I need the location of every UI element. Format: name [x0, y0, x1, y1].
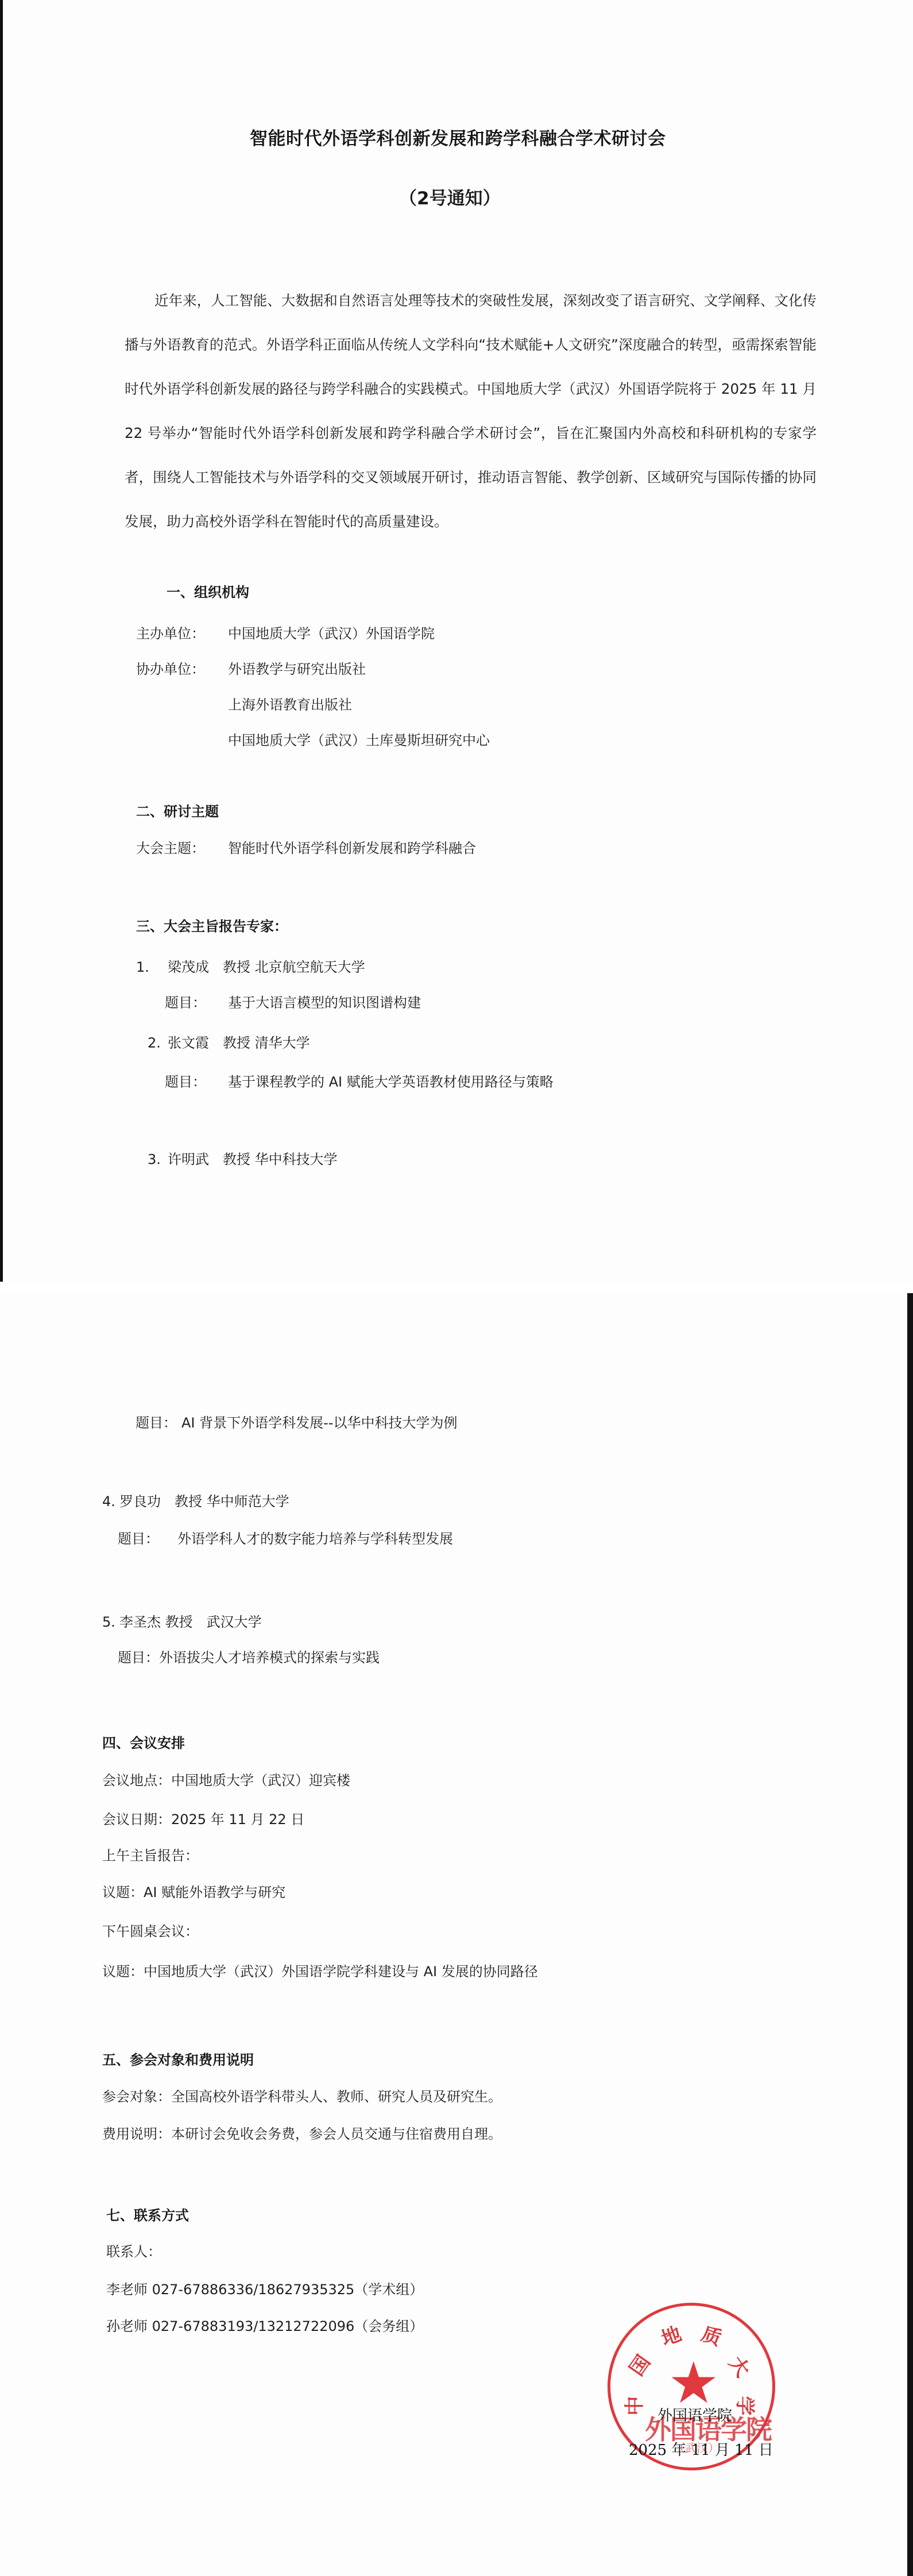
- star-icon: ★: [668, 2354, 719, 2412]
- seal-char: 国: [621, 2349, 656, 2381]
- seal-char: 质: [698, 2318, 726, 2352]
- theme-label: 大会主题：: [136, 837, 228, 857]
- signature-department: 外国语学院: [657, 2404, 732, 2425]
- topic-value: AI 背景下外语学科发展--以华中科技大学为例: [181, 1415, 457, 1431]
- speaker-number: 2.: [148, 1035, 168, 1051]
- co-organizer-1: 外语教学与研究出版社: [228, 661, 366, 677]
- morning-topic: 议题：AI 赋能外语教学与研究: [102, 1881, 285, 1901]
- co-organizer-row: 协办单位：外语教学与研究出版社: [136, 658, 366, 678]
- section-participants-heading: 五、参会对象和费用说明: [102, 2049, 254, 2069]
- morning-label: 上午主旨报告：: [102, 1844, 199, 1864]
- seal-char: 大: [724, 2350, 758, 2382]
- venue: 会议地点：中国地质大学（武汉）迎宾楼: [102, 1769, 350, 1789]
- topic-label: 题目：: [165, 991, 228, 1011]
- seal-char: 地: [657, 2318, 685, 2352]
- meeting-date: 会议日期：2025 年 11 月 22 日: [102, 1808, 304, 1828]
- contact-person-1: 李老师 027-67886336/18627935325（学术组）: [106, 2278, 423, 2298]
- afternoon-topic: 议题：中国地质大学（武汉）外国语学院学科建设与 AI 发展的协同路径: [102, 1960, 538, 1980]
- co-organizer-2: 上海外语教育出版社: [228, 693, 352, 713]
- speaker-number: 5.: [102, 1614, 119, 1630]
- section-organization-heading: 一、组织机构: [167, 581, 249, 601]
- speaker-line: 李圣杰 教授 武汉大学: [119, 1614, 262, 1630]
- contact-person-2: 孙老师 027-67883193/13212722096（会务组）: [106, 2315, 423, 2335]
- co-organizer-label: 协办单位：: [136, 658, 228, 678]
- section-arrangement-heading: 四、会议安排: [102, 1732, 185, 1752]
- topic-label: 题目：: [118, 1650, 159, 1666]
- speaker-line: 梁茂成 教授 北京航空航天大学: [168, 959, 365, 975]
- topic-value: 外语学科人才的数字能力培养与学科转型发展: [177, 1531, 453, 1547]
- co-organizer-3: 中国地质大学（武汉）土库曼斯坦研究中心: [228, 729, 490, 749]
- host-value: 中国地质大学（武汉）外国语学院: [228, 626, 435, 642]
- speaker-4: 4.罗良功 教授 华中师范大学: [102, 1490, 289, 1510]
- speaker-3: 3.许明武 教授 华中科技大学: [148, 1148, 338, 1168]
- speaker-number: 3.: [148, 1151, 168, 1167]
- speaker-number: 4.: [102, 1493, 119, 1510]
- section-keynotes-heading: 三、大会主旨报告专家：: [136, 915, 288, 935]
- topic-value: 外语拔尖人才培养模式的探索与实践: [159, 1650, 380, 1666]
- topic-label: 题目：: [136, 1411, 181, 1431]
- fees: 费用说明：本研讨会免收会务费，参会人员交通与住宿费用自理。: [102, 2123, 502, 2143]
- speaker-line: 许明武 教授 华中科技大学: [168, 1151, 338, 1167]
- host-label: 主办单位：: [136, 622, 228, 642]
- intro-paragraph: 近年来，人工智能、大数据和自然语言处理等技术的突破性发展，深刻改变了语言研究、文…: [125, 278, 817, 544]
- document-title: 智能时代外语学科创新发展和跨学科融合学术研讨会: [250, 124, 666, 150]
- page-1: 智能时代外语学科创新发展和跨学科融合学术研讨会 （2号通知） 近年来，人工智能、…: [0, 0, 913, 1282]
- contact-label: 联系人：: [106, 2240, 161, 2260]
- speaker-5-topic: 题目：外语拔尖人才培养模式的探索与实践: [118, 1646, 380, 1666]
- speaker-number: 1.: [136, 959, 168, 975]
- signature-date: 2025 年 11 月 11 日: [629, 2438, 773, 2459]
- theme-value: 智能时代外语学科创新发展和跨学科融合: [228, 840, 476, 856]
- document-subtitle: （2号通知）: [399, 184, 501, 210]
- speaker-2: 2.张文霞 教授 清华大学: [148, 1031, 310, 1052]
- speaker-2-topic: 题目：基于课程教学的 AI 赋能大学英语教材使用路径与策略: [165, 1070, 554, 1091]
- topic-label: 题目：: [165, 1070, 228, 1091]
- speaker-line: 张文霞 教授 清华大学: [168, 1035, 310, 1051]
- speaker-3-topic: 题目：AI 背景下外语学科发展--以华中科技大学为例: [136, 1411, 457, 1431]
- seal-char: 中: [619, 2396, 647, 2416]
- section-contact-heading: 七、联系方式: [106, 2204, 189, 2224]
- afternoon-label: 下午圆桌会议：: [102, 1920, 199, 1940]
- theme-row: 大会主题：智能时代外语学科创新发展和跨学科融合: [136, 837, 476, 857]
- speaker-line: 罗良功 教授 华中师范大学: [119, 1493, 289, 1510]
- host-row: 主办单位：中国地质大学（武汉）外国语学院: [136, 622, 435, 642]
- topic-value: 基于课程教学的 AI 赋能大学英语教材使用路径与策略: [228, 1074, 554, 1090]
- audience: 参会对象：全国高校外语学科带头人、教师、研究人员及研究生。: [102, 2085, 502, 2105]
- topic-label: 题目：: [118, 1527, 177, 1547]
- page-2: 题目：AI 背景下外语学科发展--以华中科技大学为例 4.罗良功 教授 华中师范…: [0, 1293, 913, 2576]
- section-theme-heading: 二、研讨主题: [136, 800, 219, 820]
- speaker-1-topic: 题目：基于大语言模型的知识图谱构建: [165, 991, 421, 1011]
- speaker-1: 1.梁茂成 教授 北京航空航天大学: [136, 956, 365, 976]
- topic-value: 基于大语言模型的知识图谱构建: [228, 995, 421, 1011]
- speaker-5: 5.李圣杰 教授 武汉大学: [102, 1611, 262, 1631]
- speaker-4-topic: 题目：外语学科人才的数字能力培养与学科转型发展: [118, 1527, 453, 1547]
